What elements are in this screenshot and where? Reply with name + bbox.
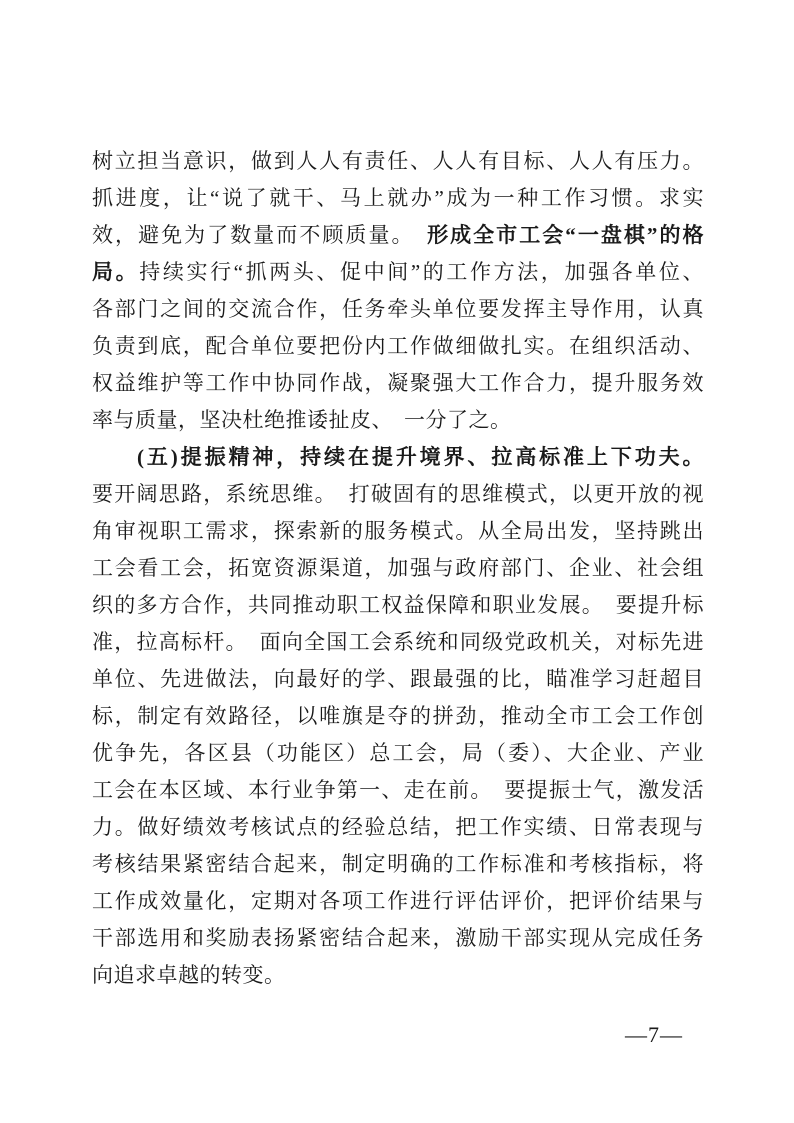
bold-text-segment: 局。 xyxy=(92,260,139,284)
text-line: 力。做好绩效考核试点的经验总结，把工作实绩、日常表现与 xyxy=(92,809,704,846)
text-segment: 效，避免为了数量而不顾质量。 xyxy=(92,223,427,247)
text-segment: 工会看工会，拓宽资源渠道，加强与政府部门、企业、社会组 xyxy=(92,556,704,580)
text-segment: 向追求卓越的转变。 xyxy=(92,963,286,987)
text-line: 抓进度，让“说了就干、马上就办”成为一种工作习惯。求实 xyxy=(92,180,704,217)
document-page: 树立担当意识，做到人人有责任、人人有目标、人人有压力。抓进度，让“说了就干、马上… xyxy=(0,0,794,1123)
text-segment: 标，制定有效路径，以唯旗是夺的拼劲，推动全市工会工作创 xyxy=(92,704,704,728)
text-line: 单位、先进做法，向最好的学、跟最强的比，瞄准学习赶超目 xyxy=(92,661,704,698)
text-segment: 考核结果紧密结合起来，制定明确的工作标准和考核指标，将 xyxy=(92,852,704,876)
text-line: 标，制定有效路径，以唯旗是夺的拼劲，推动全市工会工作创 xyxy=(92,698,704,735)
text-segment: 工作成效量化，定期对各项工作进行评估评价，把评价结果与 xyxy=(92,889,704,913)
text-segment: 权益维护等工作中协同作战，凝聚强大工作合力，提升服务效 xyxy=(92,371,704,395)
text-segment: 力。做好绩效考核试点的经验总结，把工作实绩、日常表现与 xyxy=(92,815,704,839)
text-line: 率与质量，坚决杜绝推诿扯皮、 一分了之。 xyxy=(92,402,704,439)
text-line: 优争先，各区县（功能区）总工会，局（委）、大企业、产业 xyxy=(92,735,704,772)
text-line: 织的多方合作，共同推动职工权益保障和职业发展。 要提升标 xyxy=(92,587,704,624)
document-body: 树立担当意识，做到人人有责任、人人有目标、人人有压力。抓进度，让“说了就干、马上… xyxy=(92,143,704,994)
bold-text-segment: (五)提振精神，持续在提升境界、拉高标准上下功夫。 xyxy=(137,445,704,469)
text-line: 工会在本区域、本行业争第一、走在前。 要提振士气，激发活 xyxy=(92,772,704,809)
bold-text-segment: 形成全市工会“一盘棋”的格 xyxy=(427,223,704,247)
text-segment: 要开阔思路，系统思维。 打破固有的思维模式，以更开放的视 xyxy=(92,482,704,506)
text-line: 角审视职工需求，探索新的服务模式。从全局出发，坚持跳出 xyxy=(92,513,704,550)
text-line: 局。持续实行“抓两头、促中间”的工作方法，加强各单位、 xyxy=(92,254,704,291)
text-segment: 持续实行“抓两头、促中间”的工作方法，加强各单位、 xyxy=(139,260,704,284)
text-segment: 织的多方合作，共同推动职工权益保障和职业发展。 要提升标 xyxy=(92,593,704,617)
text-segment: 准，拉高标杆。 面向全国工会系统和同级党政机关，对标先进 xyxy=(92,630,704,654)
text-line: 考核结果紧密结合起来，制定明确的工作标准和考核指标，将 xyxy=(92,846,704,883)
text-line: 各部门之间的交流合作，任务牵头单位要发挥主导作用，认真 xyxy=(92,291,704,328)
text-line: 树立担当意识，做到人人有责任、人人有目标、人人有压力。 xyxy=(92,143,704,180)
text-segment: 单位、先进做法，向最好的学、跟最强的比，瞄准学习赶超目 xyxy=(92,667,704,691)
text-line: 干部选用和奖励表扬紧密结合起来，激励干部实现从完成任务 xyxy=(92,920,704,957)
text-segment: 各部门之间的交流合作，任务牵头单位要发挥主导作用，认真 xyxy=(92,297,704,321)
text-segment: 抓进度，让“说了就干、马上就办”成为一种工作习惯。求实 xyxy=(92,186,704,210)
text-segment: 优争先，各区县（功能区）总工会，局（委）、大企业、产业 xyxy=(92,741,704,765)
text-segment: 率与质量，坚决杜绝推诿扯皮、 一分了之。 xyxy=(92,408,512,432)
text-line: 权益维护等工作中协同作战，凝聚强大工作合力，提升服务效 xyxy=(92,365,704,402)
text-segment: 角审视职工需求，探索新的服务模式。从全局出发，坚持跳出 xyxy=(92,519,704,543)
text-line: 要开阔思路，系统思维。 打破固有的思维模式，以更开放的视 xyxy=(92,476,704,513)
text-line: 准，拉高标杆。 面向全国工会系统和同级党政机关，对标先进 xyxy=(92,624,704,661)
text-segment: 干部选用和奖励表扬紧密结合起来，激励干部实现从完成任务 xyxy=(92,926,704,950)
text-segment: 工会在本区域、本行业争第一、走在前。 要提振士气，激发活 xyxy=(92,778,704,802)
text-line: 工作成效量化，定期对各项工作进行评估评价，把评价结果与 xyxy=(92,883,704,920)
page-number: —7— xyxy=(0,1022,683,1048)
text-line: (五)提振精神，持续在提升境界、拉高标准上下功夫。 xyxy=(92,439,704,476)
text-line: 效，避免为了数量而不顾质量。 形成全市工会“一盘棋”的格 xyxy=(92,217,704,254)
text-line: 向追求卓越的转变。 xyxy=(92,957,704,994)
text-segment: 负责到底，配合单位要把份内工作做细做扎实。在组织活动、 xyxy=(92,334,704,358)
text-line: 工会看工会，拓宽资源渠道，加强与政府部门、企业、社会组 xyxy=(92,550,704,587)
text-line: 负责到底，配合单位要把份内工作做细做扎实。在组织活动、 xyxy=(92,328,704,365)
text-segment: 树立担当意识，做到人人有责任、人人有目标、人人有压力。 xyxy=(92,149,704,173)
